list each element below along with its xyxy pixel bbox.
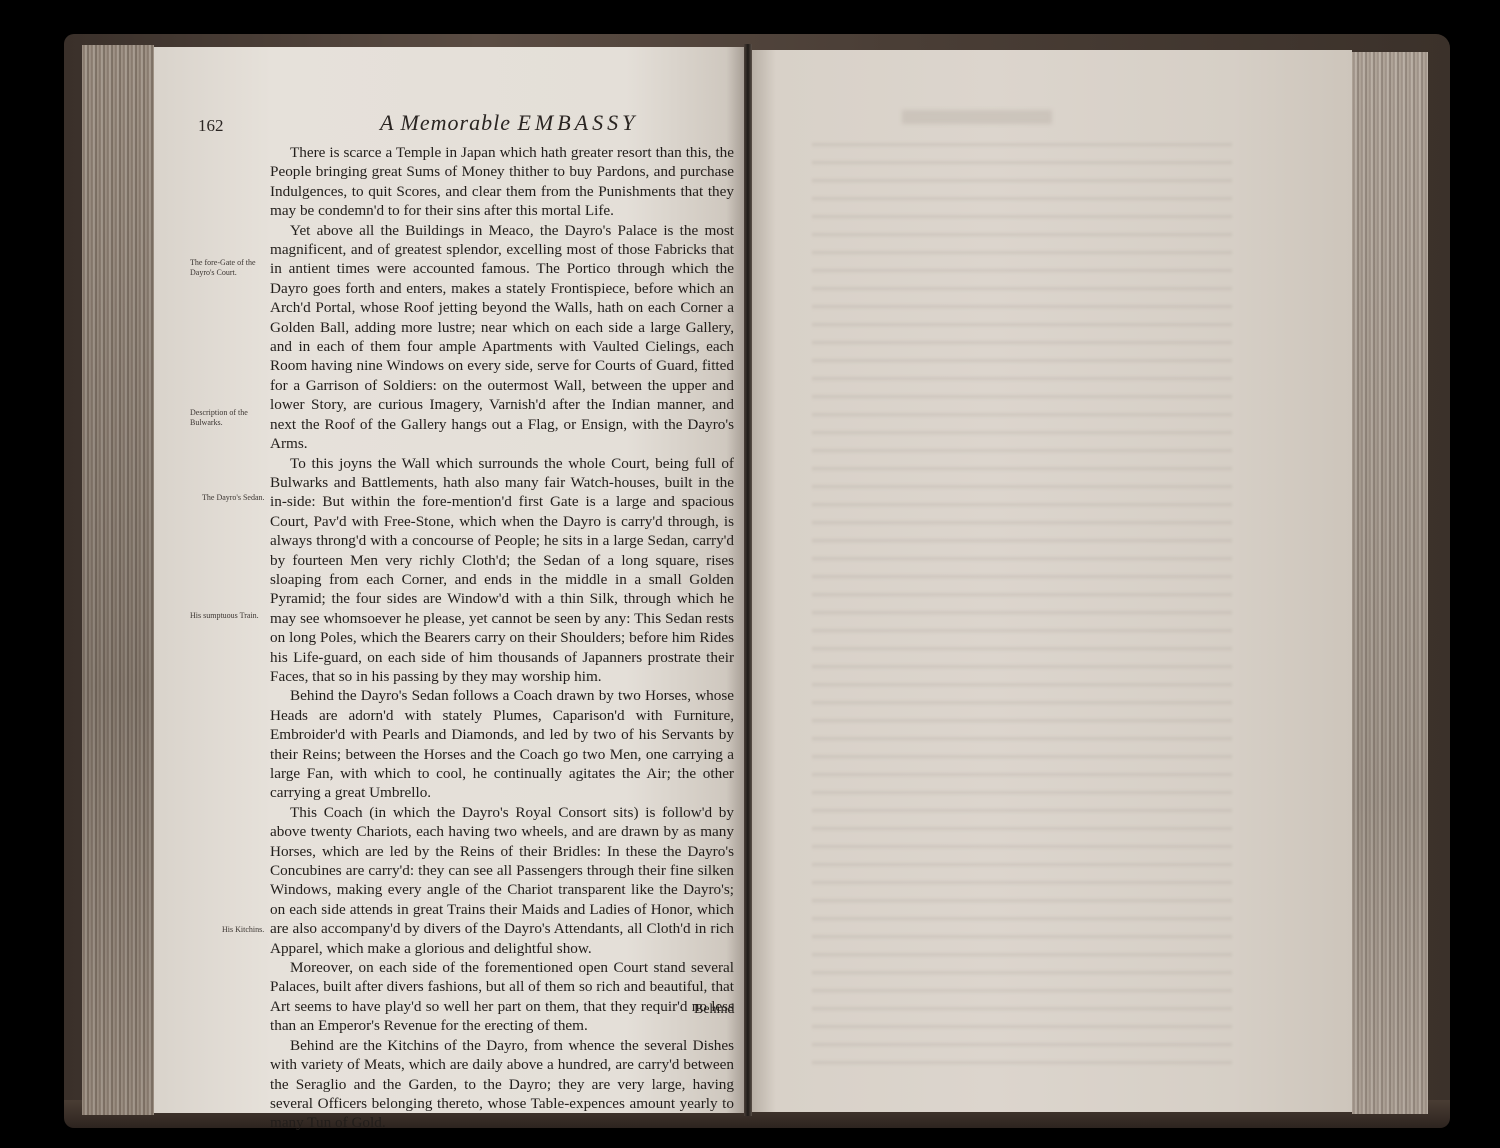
margin-note: His Kitchins. <box>222 925 272 935</box>
running-head: A Memorable EMBASSY <box>380 110 638 136</box>
left-page-edges <box>82 45 154 1115</box>
catchword: Behind <box>694 1002 734 1018</box>
paragraph: Yet above all the Buildings in Meaco, th… <box>270 221 734 454</box>
margin-note: The fore-Gate of the Dayro's Court. <box>190 258 268 278</box>
page-number: 162 <box>198 116 224 136</box>
running-head-caps: EMBASSY <box>517 110 638 135</box>
body-text: There is scarce a Temple in Japan which … <box>270 143 734 1133</box>
margin-note: The Dayro's Sedan. <box>202 493 272 503</box>
paragraph: Behind are the Kitchins of the Dayro, fr… <box>270 1036 734 1133</box>
paragraph: There is scarce a Temple in Japan which … <box>270 143 734 221</box>
show-through-heading <box>902 110 1052 124</box>
running-head-prefix: A Memorable <box>380 110 511 135</box>
margin-note: His sumptuous Train. <box>190 611 270 621</box>
paragraph: This Coach (in which the Dayro's Royal C… <box>270 803 734 958</box>
margin-note: Description of the Bulwarks. <box>190 408 268 428</box>
paragraph: Moreover, on each side of the forementio… <box>270 958 734 1036</box>
right-page <box>752 50 1352 1112</box>
show-through-text <box>812 130 1232 1070</box>
paragraph: Behind the Dayro's Sedan follows a Coach… <box>270 686 734 802</box>
paragraph: To this joyns the Wall which surrounds t… <box>270 454 734 687</box>
right-page-edges <box>1352 52 1428 1114</box>
book-gutter <box>744 44 752 1116</box>
